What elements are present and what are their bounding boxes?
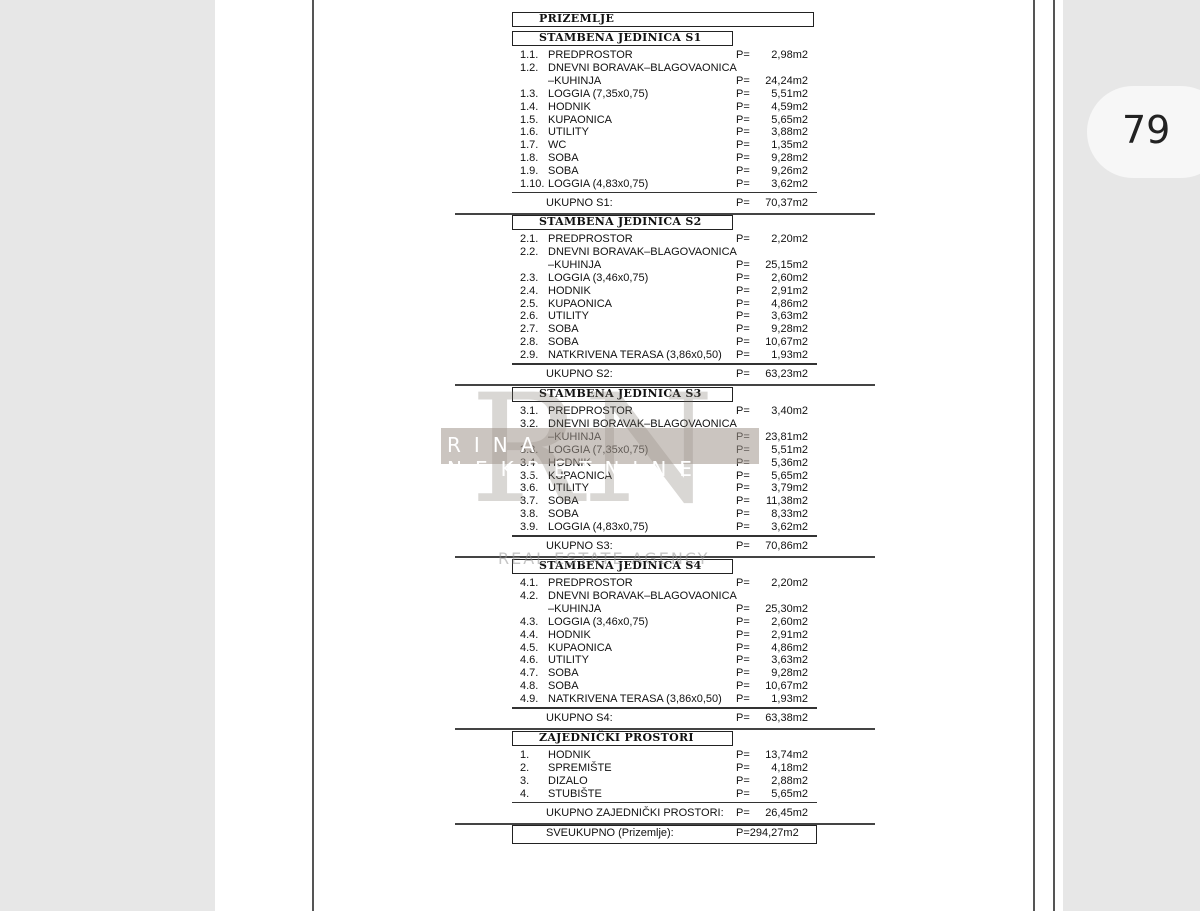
room-row: –KUHINJAP=24,24m2: [0, 75, 1200, 88]
room-number: 1.9.: [520, 165, 538, 178]
area-prefix: P=: [736, 521, 750, 534]
room-row: 3.DIZALOP=2,88m2: [0, 775, 1200, 788]
room-area: 23,81m2: [758, 431, 808, 444]
room-number: 4.7.: [520, 667, 538, 680]
room-row: 4.7.SOBAP=9,28m2: [0, 667, 1200, 680]
room-name: PREDPROSTOR: [548, 49, 633, 62]
area-prefix: P=: [736, 152, 750, 165]
watermark-brand: RINA NEKRETNINE: [447, 433, 759, 481]
area-prefix: P=: [736, 298, 750, 311]
area-prefix: P=: [736, 114, 750, 127]
room-row: 1.9.SOBAP=9,26m2: [0, 165, 1200, 178]
room-area: 9,28m2: [758, 152, 808, 165]
room-row: 4.5.KUPAONICAP=4,86m2: [0, 642, 1200, 655]
room-name: SOBA: [548, 336, 579, 349]
area-prefix: P=: [736, 642, 750, 655]
area-prefix: P=: [736, 349, 750, 362]
unit-total-row: UKUPNO S1:P=70,37m2: [0, 197, 1200, 210]
room-name: PREDPROSTOR: [548, 577, 633, 590]
room-row: 4.8.SOBAP=10,67m2: [0, 680, 1200, 693]
section-rule: [455, 728, 875, 730]
room-area: 3,62m2: [758, 521, 808, 534]
room-name: SOBA: [548, 680, 579, 693]
unit-total-area: 63,23m2: [758, 368, 808, 381]
room-area: 4,18m2: [758, 762, 808, 775]
room-name: HODNIK: [548, 629, 591, 642]
room-number: 4.4.: [520, 629, 538, 642]
unit-total-area: 63,38m2: [758, 712, 808, 725]
unit-total-row: UKUPNO S4:P=63,38m2: [0, 712, 1200, 725]
room-number: 2.6.: [520, 310, 538, 323]
room-area: 1,93m2: [758, 693, 808, 706]
area-prefix: P=: [736, 693, 750, 706]
area-prefix: P=: [736, 101, 750, 114]
area-prefix: P=: [736, 775, 750, 788]
subtotal-rule: [512, 707, 817, 709]
room-row: 2.5.KUPAONICAP=4,86m2: [0, 298, 1200, 311]
room-number: 4.8.: [520, 680, 538, 693]
area-prefix: P=: [736, 336, 750, 349]
area-prefix: P=: [736, 285, 750, 298]
room-area: 24,24m2: [758, 75, 808, 88]
room-name: WC: [548, 139, 566, 152]
area-prefix: P=: [736, 482, 750, 495]
room-name: DNEVNI BORAVAK–BLAGOVAONICA: [548, 62, 737, 75]
unit-total-area: 70,37m2: [758, 197, 808, 210]
room-row: 2.3.LOGGIA (3,46x0,75)P=2,60m2: [0, 272, 1200, 285]
unit-total-area: 26,45m2: [758, 807, 808, 820]
unit-total-label: UKUPNO S1:: [546, 197, 613, 210]
room-row: 4.9.NATKRIVENA TERASA (3,86x0,50)P=1,93m…: [0, 693, 1200, 706]
room-name: LOGGIA (3,46x0,75): [548, 272, 648, 285]
area-prefix: P=: [736, 139, 750, 152]
room-area: 4,86m2: [758, 642, 808, 655]
room-name: UTILITY: [548, 126, 589, 139]
subtotal-rule: [512, 192, 817, 194]
grand-total-area: P=294,27m2: [736, 827, 799, 840]
room-number: 2.5.: [520, 298, 538, 311]
floor-title-box: PRIZEMLJE: [512, 12, 814, 27]
room-row: 1.7.WCP=1,35m2: [0, 139, 1200, 152]
room-area: 1,93m2: [758, 349, 808, 362]
room-area: 3,63m2: [758, 310, 808, 323]
room-area: 5,65m2: [758, 114, 808, 127]
area-prefix: P=: [736, 75, 750, 88]
room-area: 10,67m2: [758, 336, 808, 349]
room-area: 2,60m2: [758, 616, 808, 629]
room-name: SOBA: [548, 667, 579, 680]
room-number: 4.9.: [520, 693, 538, 706]
area-prefix: P=: [736, 603, 750, 616]
area-prefix: P=: [736, 88, 750, 101]
room-number: 2.1.: [520, 233, 538, 246]
room-name: LOGGIA (3,46x0,75): [548, 616, 648, 629]
room-name: STUBIŠTE: [548, 788, 602, 801]
room-number: 1.3.: [520, 88, 538, 101]
room-area: 9,28m2: [758, 323, 808, 336]
room-name: NATKRIVENA TERASA (3,86x0,50): [548, 693, 722, 706]
area-prefix: P=: [736, 712, 750, 725]
room-area: 2,20m2: [758, 577, 808, 590]
room-row: 1.4.HODNIKP=4,59m2: [0, 101, 1200, 114]
room-number: 1.: [520, 749, 529, 762]
room-number: 2.8.: [520, 336, 538, 349]
area-prefix: P=: [736, 310, 750, 323]
room-area: 10,67m2: [758, 680, 808, 693]
room-row: 4.STUBIŠTEP=5,65m2: [0, 788, 1200, 801]
room-area: 1,35m2: [758, 139, 808, 152]
room-name: –KUHINJA: [548, 259, 601, 272]
room-name: HODNIK: [548, 101, 591, 114]
room-area: 9,28m2: [758, 667, 808, 680]
floor-title: PRIZEMLJE: [539, 12, 614, 25]
room-area: 9,26m2: [758, 165, 808, 178]
area-prefix: P=: [736, 508, 750, 521]
room-row: 1.3.LOGGIA (7,35x0,75)P=5,51m2: [0, 88, 1200, 101]
room-number: 1.8.: [520, 152, 538, 165]
room-name: –KUHINJA: [548, 75, 601, 88]
area-prefix: P=: [736, 178, 750, 191]
room-row: 1.10.LOGGIA (4,83x0,75)P=3,62m2: [0, 178, 1200, 191]
room-number: 4.2.: [520, 590, 538, 603]
room-area: 5,51m2: [758, 444, 808, 457]
room-name: KUPAONICA: [548, 114, 612, 127]
grand-total-row: SVEUKUPNO (Prizemlje):P=294,27m2: [0, 827, 1200, 840]
room-area: 2,91m2: [758, 629, 808, 642]
room-number: 1.4.: [520, 101, 538, 114]
area-prefix: P=: [736, 323, 750, 336]
unit-title: STAMBENA JEDINICA S1: [539, 31, 702, 44]
room-area: 3,40m2: [758, 405, 808, 418]
room-name: NATKRIVENA TERASA (3,86x0,50): [548, 349, 722, 362]
room-area: 5,36m2: [758, 457, 808, 470]
room-name: SOBA: [548, 152, 579, 165]
room-name: KUPAONICA: [548, 298, 612, 311]
room-row: 4.3.LOGGIA (3,46x0,75)P=2,60m2: [0, 616, 1200, 629]
unit-title-box: STAMBENA JEDINICA S1: [512, 31, 733, 46]
room-number: 1.5.: [520, 114, 538, 127]
room-number: 4.3.: [520, 616, 538, 629]
room-area: 3,62m2: [758, 178, 808, 191]
room-area: 25,15m2: [758, 259, 808, 272]
unit-total-area: 70,86m2: [758, 540, 808, 553]
room-area: 2,60m2: [758, 272, 808, 285]
room-number: 2.3.: [520, 272, 538, 285]
room-row: 1.1.PREDPROSTORP=2,98m2: [0, 49, 1200, 62]
room-number: 4.: [520, 788, 529, 801]
area-prefix: P=: [736, 165, 750, 178]
room-number: 1.2.: [520, 62, 538, 75]
area-prefix: P=: [736, 788, 750, 801]
room-row: 1.6.UTILITYP=3,88m2: [0, 126, 1200, 139]
room-number: 4.5.: [520, 642, 538, 655]
area-prefix: P=: [736, 807, 750, 820]
room-number: 2.9.: [520, 349, 538, 362]
room-number: 2.7.: [520, 323, 538, 336]
area-prefix: P=: [736, 667, 750, 680]
area-prefix: P=: [736, 616, 750, 629]
grand-total-label: SVEUKUPNO (Prizemlje):: [546, 827, 674, 840]
room-number: 4.6.: [520, 654, 538, 667]
room-row: –KUHINJAP=25,15m2: [0, 259, 1200, 272]
area-prefix: P=: [736, 272, 750, 285]
area-prefix: P=: [736, 49, 750, 62]
unit-total-row: UKUPNO ZAJEDNIČKI PROSTORI:P=26,45m2: [0, 807, 1200, 820]
area-prefix: P=: [736, 654, 750, 667]
room-name: SOBA: [548, 323, 579, 336]
room-area: 2,98m2: [758, 49, 808, 62]
room-row: 2.8.SOBAP=10,67m2: [0, 336, 1200, 349]
room-row: –KUHINJAP=25,30m2: [0, 603, 1200, 616]
room-name: HODNIK: [548, 285, 591, 298]
room-number: 1.1.: [520, 49, 538, 62]
room-area: 4,86m2: [758, 298, 808, 311]
room-name: KUPAONICA: [548, 642, 612, 655]
room-row: 2.9.NATKRIVENA TERASA (3,86x0,50)P=1,93m…: [0, 349, 1200, 362]
area-prefix: P=: [736, 629, 750, 642]
room-name: SPREMIŠTE: [548, 762, 612, 775]
unit-title: STAMBENA JEDINICA S2: [539, 215, 702, 228]
room-name: LOGGIA (4,83x0,75): [548, 178, 648, 191]
room-name: DNEVNI BORAVAK–BLAGOVAONICA: [548, 246, 737, 259]
room-area: 2,91m2: [758, 285, 808, 298]
room-area: 5,65m2: [758, 788, 808, 801]
area-prefix: P=: [736, 680, 750, 693]
area-prefix: P=: [736, 762, 750, 775]
room-row: 1.HODNIKP=13,74m2: [0, 749, 1200, 762]
room-row: 1.2.DNEVNI BORAVAK–BLAGOVAONICA: [0, 62, 1200, 75]
room-area: 2,88m2: [758, 775, 808, 788]
room-area: 3,79m2: [758, 482, 808, 495]
room-row: 2.4.HODNIKP=2,91m2: [0, 285, 1200, 298]
room-area: 2,20m2: [758, 233, 808, 246]
area-prefix: P=: [736, 259, 750, 272]
room-number: 2.4.: [520, 285, 538, 298]
room-name: UTILITY: [548, 654, 589, 667]
room-row: 4.1.PREDPROSTORP=2,20m2: [0, 577, 1200, 590]
room-name: UTILITY: [548, 310, 589, 323]
area-prefix: P=: [736, 577, 750, 590]
unit-total-label: UKUPNO S4:: [546, 712, 613, 725]
room-area: 8,33m2: [758, 508, 808, 521]
room-name: DNEVNI BORAVAK–BLAGOVAONICA: [548, 590, 737, 603]
room-area: 13,74m2: [758, 749, 808, 762]
room-area: 5,51m2: [758, 88, 808, 101]
room-name: –KUHINJA: [548, 603, 601, 616]
room-area: 25,30m2: [758, 603, 808, 616]
area-prefix: P=: [736, 405, 750, 418]
room-area: 11,38m2: [758, 495, 808, 508]
room-number: 2.: [520, 762, 529, 775]
room-number: 4.1.: [520, 577, 538, 590]
room-area: 3,63m2: [758, 654, 808, 667]
room-number: 3.: [520, 775, 529, 788]
room-name: PREDPROSTOR: [548, 233, 633, 246]
area-prefix: P=: [736, 197, 750, 210]
room-number: 1.7.: [520, 139, 538, 152]
room-name: SOBA: [548, 165, 579, 178]
area-prefix: P=: [736, 233, 750, 246]
room-name: LOGGIA (7,35x0,75): [548, 88, 648, 101]
subtotal-rule: [512, 802, 817, 804]
room-area: 3,88m2: [758, 126, 808, 139]
room-row: 2.1.PREDPROSTORP=2,20m2: [0, 233, 1200, 246]
room-row: 4.6.UTILITYP=3,63m2: [0, 654, 1200, 667]
room-row: 2.2.DNEVNI BORAVAK–BLAGOVAONICA: [0, 246, 1200, 259]
unit-title-box: ZAJEDNIČKI PROSTORI: [512, 731, 733, 746]
room-number: 1.10.: [520, 178, 544, 191]
area-prefix: P=: [736, 368, 750, 381]
room-row: 2.6.UTILITYP=3,63m2: [0, 310, 1200, 323]
room-number: 1.6.: [520, 126, 538, 139]
room-row: 4.4.HODNIKP=2,91m2: [0, 629, 1200, 642]
room-number: 2.2.: [520, 246, 538, 259]
unit-total-label: UKUPNO ZAJEDNIČKI PROSTORI:: [546, 807, 724, 820]
area-prefix: P=: [736, 540, 750, 553]
room-row: 1.8.SOBAP=9,28m2: [0, 152, 1200, 165]
watermark-brand-band: RINA NEKRETNINE: [441, 428, 759, 464]
room-name: DIZALO: [548, 775, 588, 788]
area-prefix: P=: [736, 126, 750, 139]
watermark-tagline: REAL ESTATE AGENCY: [498, 549, 709, 568]
room-name: HODNIK: [548, 749, 591, 762]
room-row: 1.5.KUPAONICAP=5,65m2: [0, 114, 1200, 127]
unit-title-box: STAMBENA JEDINICA S2: [512, 215, 733, 230]
room-row: 4.2.DNEVNI BORAVAK–BLAGOVAONICA: [0, 590, 1200, 603]
room-row: 2.SPREMIŠTEP=4,18m2: [0, 762, 1200, 775]
room-area: 4,59m2: [758, 101, 808, 114]
unit-title: ZAJEDNIČKI PROSTORI: [539, 731, 694, 744]
room-area: 5,65m2: [758, 470, 808, 483]
room-row: 2.7.SOBAP=9,28m2: [0, 323, 1200, 336]
area-prefix: P=: [736, 495, 750, 508]
area-prefix: P=: [736, 749, 750, 762]
